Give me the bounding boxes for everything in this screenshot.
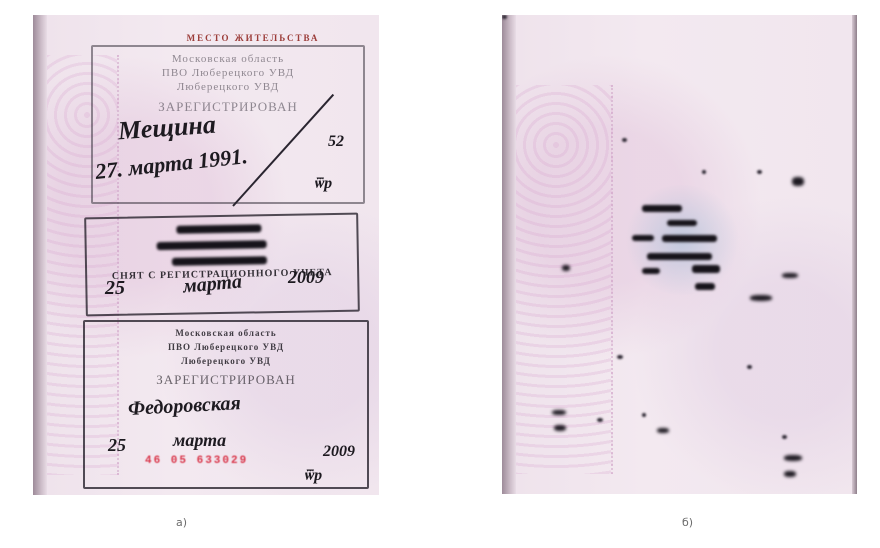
ink-dot (642, 413, 646, 417)
deregistration-stamp: СНЯТ С РЕГИСТРАЦИОННОГО УЧЕТА (84, 213, 360, 317)
guilloche-ornament (516, 85, 613, 474)
page-spine (502, 15, 516, 494)
ink-dot (597, 418, 603, 422)
redaction-bar (172, 256, 267, 266)
passport-serial-number: 46 05 633029 (145, 455, 248, 467)
handwritten-number: 52 (328, 133, 344, 151)
redaction-bar (667, 220, 697, 226)
redaction-bar (662, 235, 717, 242)
handwritten-year: 2009 (288, 267, 324, 288)
ink-dot (747, 365, 752, 369)
stamp-line: ЗАРЕГИСТРИРОВАН (85, 372, 367, 388)
redaction-bar (642, 268, 660, 274)
ink-mark (554, 425, 566, 431)
signature: ѿр (315, 175, 332, 193)
ink-dot (782, 435, 787, 439)
ink-mark (784, 455, 802, 461)
handwritten-year: 2009 (323, 443, 355, 461)
ink-mark (562, 265, 570, 271)
caption-a: а) (176, 516, 187, 529)
ink-mark (784, 471, 796, 477)
passport-scan-b (502, 15, 857, 494)
ink-dot (622, 138, 627, 142)
ink-mark (552, 410, 566, 415)
page-right-edge (852, 15, 857, 494)
stamp-line: ПВО Люберецкого УВД (93, 67, 363, 79)
ink-mark (792, 177, 804, 186)
stamp-line: Люберецкого УВД (85, 356, 367, 366)
caption-b: б) (682, 516, 693, 529)
passport-scan-a: МЕСТО ЖИТЕЛЬСТВА Московская область ПВО … (33, 15, 379, 495)
signature: ѿр (305, 467, 322, 485)
handwritten-day: 25 (108, 435, 126, 456)
handwritten-month: марта (173, 430, 226, 451)
ink-mark (657, 428, 669, 433)
page-spine (33, 15, 47, 495)
redaction-bar (176, 224, 261, 233)
ink-dot (702, 170, 706, 174)
redaction-bar (642, 205, 682, 212)
handwritten-day: 25 (105, 277, 125, 300)
stamp-line: Московская область (93, 53, 363, 65)
ink-dot (757, 170, 762, 174)
stamp-line: Люберецкого УВД (93, 81, 363, 93)
redaction-bar (157, 240, 267, 250)
ink-dot (502, 15, 507, 19)
stamp-line: ПВО Люберецкого УВД (85, 342, 367, 352)
redaction-bar (692, 265, 720, 273)
ink-mark (750, 295, 772, 301)
ink-dot (617, 355, 623, 359)
page-heading: МЕСТО ЖИТЕЛЬСТВА (143, 33, 363, 43)
redaction-bar (632, 235, 654, 241)
stamp-line: Московская область (85, 328, 367, 338)
ink-mark (782, 273, 798, 278)
redaction-bar (647, 253, 712, 260)
redaction-bar (695, 283, 715, 290)
